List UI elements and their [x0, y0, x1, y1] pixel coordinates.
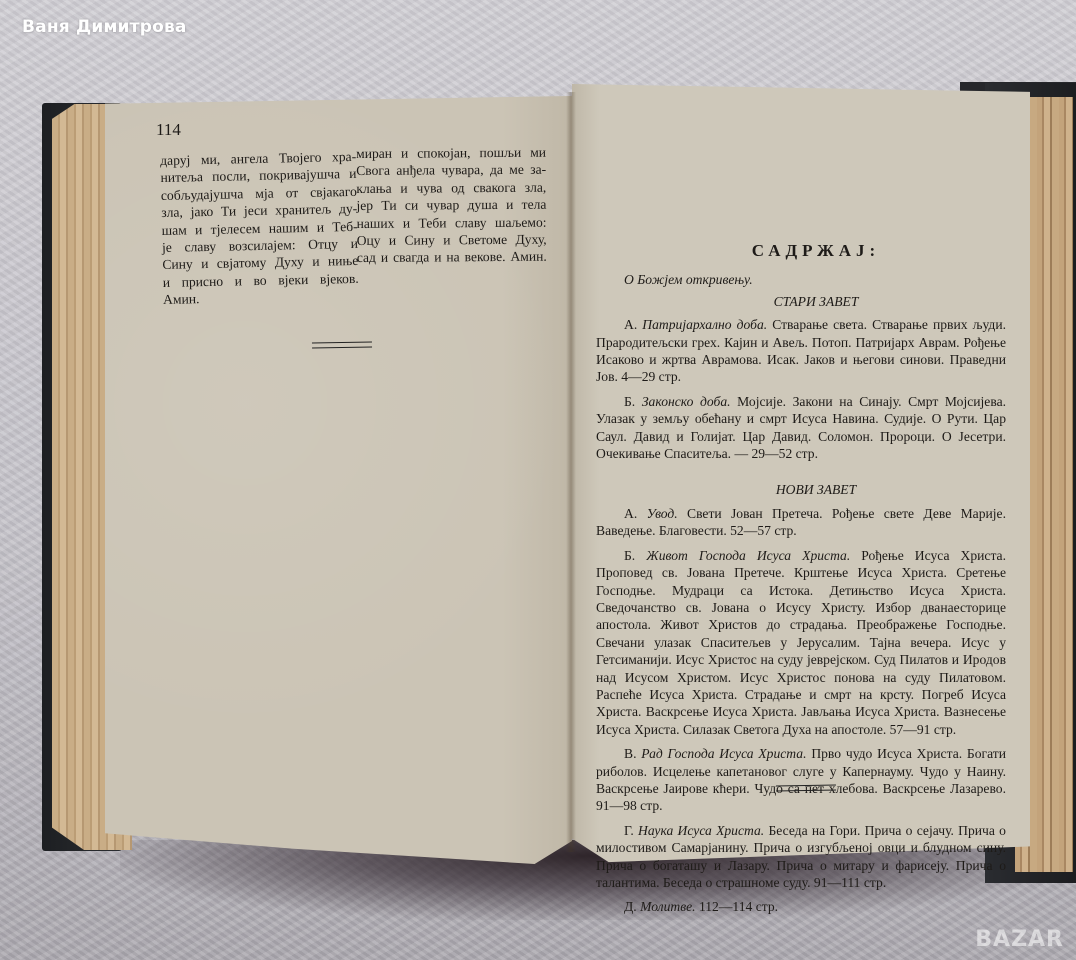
toc-title: САДРЖАЈ: [596, 242, 1006, 259]
entry-letter: Г. [624, 823, 634, 838]
entry-heading: Патријархално доба. [642, 317, 767, 332]
entry-letter: Б. [624, 394, 635, 409]
text-line: јер Ти си чувар душа и тела [356, 196, 546, 215]
entry-heading: Наука Исуса Христа. [638, 823, 764, 838]
toc-entry: Д. Молитве. 112—114 стр. [596, 898, 1006, 915]
text-line: наших и Теби славу шаљемо: [356, 213, 546, 232]
toc-entry: Б. Живот Господа Исуса Христа. Рођење Ис… [596, 547, 1006, 738]
toc-entry: Г. Наука Исуса Христа. Беседа на Гори. П… [596, 822, 1006, 892]
entry-heading: Законско доба. [642, 394, 731, 409]
toc-intro: О Божјем откривењу. [596, 271, 1006, 288]
entry-letter: А. [624, 506, 637, 521]
entry-heading: Молитве. [640, 899, 695, 914]
left-page-column-a: даруј ми, ангела Твојего хра- нитеља пос… [160, 148, 359, 309]
entry-text: 112—114 стр. [699, 899, 778, 914]
left-page-column-b: миран и спокојан, пошљи ми Свога анђела … [356, 144, 547, 267]
toc-entry: Б. Законско доба. Мојсије. Закони на Син… [596, 393, 1006, 463]
entry-text: Рођење Исуса Христа. Проповед св. Јована… [596, 548, 1006, 737]
toc-entry: В. Рад Господа Исуса Христа. Прво чудо И… [596, 745, 1006, 815]
entry-letter: А. [624, 317, 637, 332]
toc-section-new-testament: НОВИ ЗАВЕТ [596, 481, 1006, 498]
page-number: 114 [156, 121, 181, 138]
book-gutter [566, 92, 576, 852]
text-line: Свога анђела чувара, да ме за- [356, 161, 546, 180]
entry-letter: В. [624, 746, 636, 761]
toc-entry: А. Патријархално доба. Стварање света. С… [596, 316, 1006, 386]
entry-heading: Живот Господа Исуса Христа. [646, 548, 850, 563]
entry-letter: Д. [624, 899, 637, 914]
spacer [596, 469, 1006, 479]
text-line: клања и чува од свакога зла, [356, 178, 546, 197]
double-rule-divider [776, 784, 836, 791]
entry-letter: Б. [624, 548, 635, 563]
entry-heading: Рад Господа Исуса Христа. [641, 746, 806, 761]
seller-name-overlay: Ваня Димитрова [22, 17, 187, 37]
toc-section-old-testament: СТАРИ ЗАВЕТ [596, 293, 1006, 310]
entry-heading: Увод. [647, 506, 678, 521]
text-line: сад и свагда и на векове. Амин. [357, 248, 547, 267]
double-rule-divider [312, 341, 372, 348]
watermark-logo: BAZAR [975, 927, 1064, 952]
text-line: Оцу и Сину и Светоме Духу, [357, 231, 547, 250]
text-line: миран и спокојан, пошљи ми [356, 144, 546, 163]
table-of-contents: САДРЖАЈ: О Божјем откривењу. СТАРИ ЗАВЕТ… [596, 242, 1006, 923]
toc-entry: А. Увод. Свети Јован Претеча. Рођење све… [596, 505, 1006, 540]
